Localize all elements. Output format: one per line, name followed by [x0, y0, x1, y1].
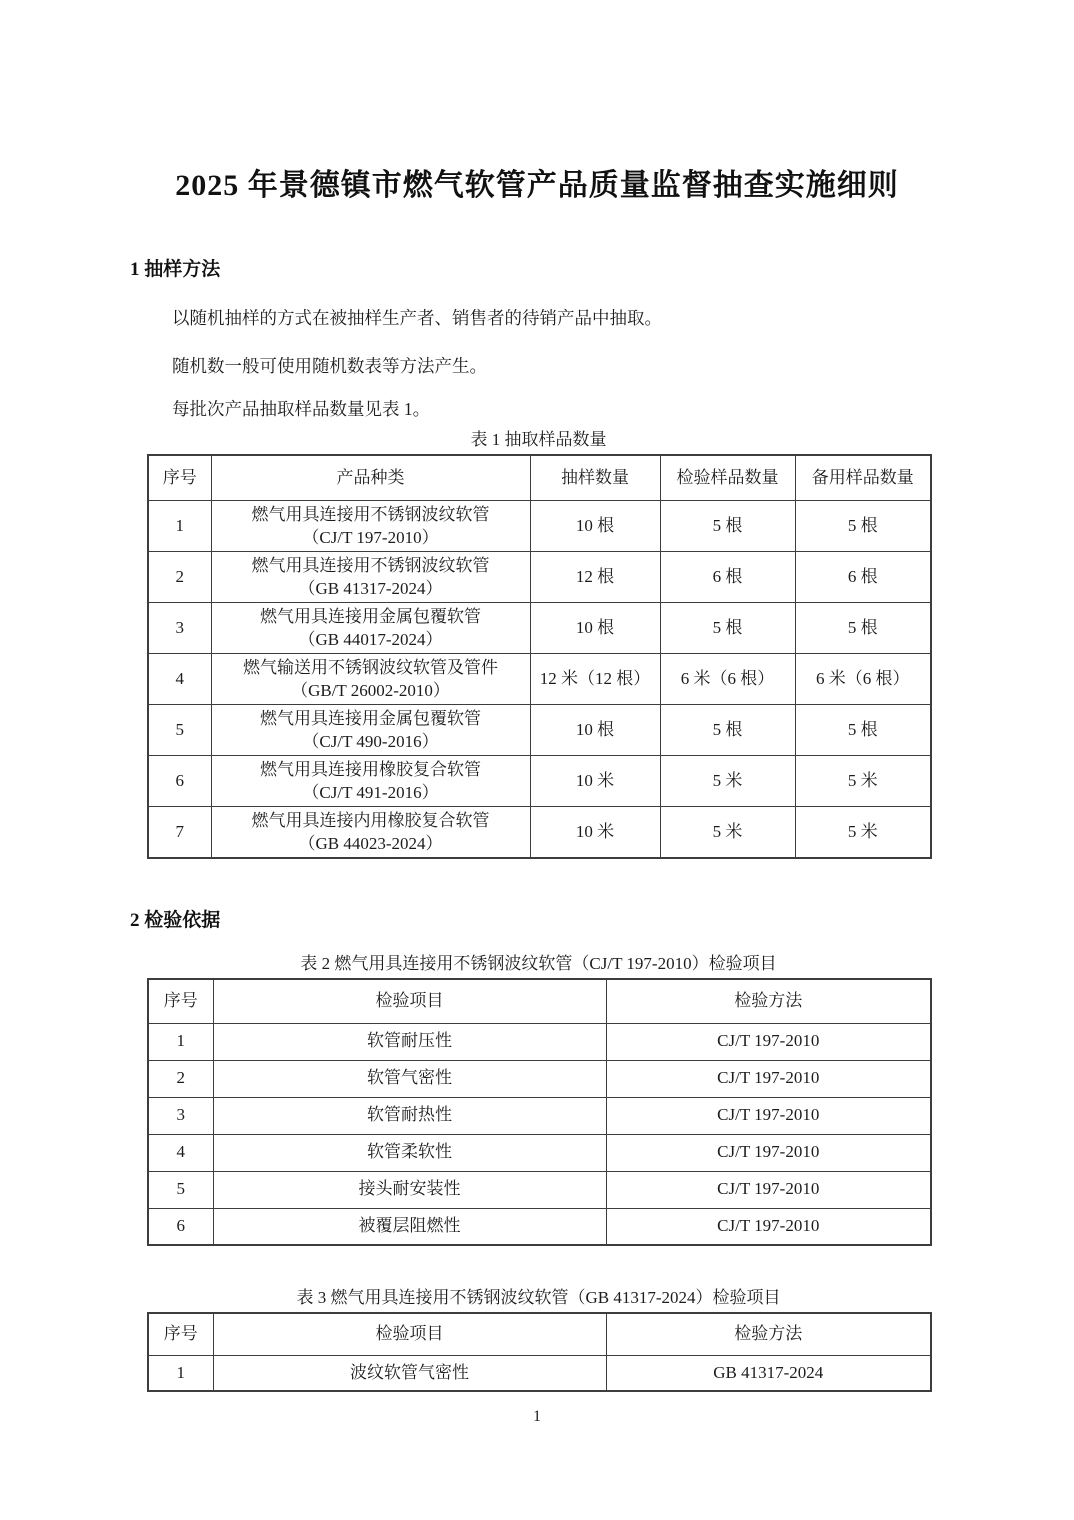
paragraph: 随机数一般可使用随机数表等方法产生。	[172, 355, 1074, 379]
inspection-method: CJ/T 197-2010	[606, 1023, 931, 1060]
product-cell: 燃气用具连接用不锈钢波纹软管 （GB 41317-2024）	[211, 552, 530, 603]
inspection-item: 软管柔软性	[213, 1134, 606, 1171]
product-standard: （GB 44017-2024）	[216, 628, 526, 651]
sample-qty: 10 根	[530, 501, 660, 552]
inspection-method: CJ/T 197-2010	[606, 1060, 931, 1097]
sample-qty: 10 根	[530, 603, 660, 654]
product-cell: 燃气输送用不锈钢波纹软管及管件 （GB/T 26002-2010）	[211, 654, 530, 705]
column-header: 序号	[148, 1313, 213, 1355]
table-inspection-items-cjt197: 序号 检验项目 检验方法 1 软管耐压性 CJ/T 197-2010 2 软管气…	[147, 978, 932, 1246]
page-title: 2025 年景德镇市燃气软管产品质量监督抽查实施细则	[0, 0, 1074, 204]
table2-caption: 表 2 燃气用具连接用不锈钢波纹软管（CJ/T 197-2010）检验项目	[147, 952, 930, 976]
test-qty: 5 根	[660, 603, 795, 654]
row-number: 4	[148, 654, 211, 705]
backup-qty: 5 根	[795, 705, 931, 756]
column-header: 抽样数量	[530, 455, 660, 501]
product-name: 燃气用具连接用橡胶复合软管	[216, 758, 526, 781]
product-cell: 燃气用具连接用不锈钢波纹软管 （CJ/T 197-2010）	[211, 501, 530, 552]
product-cell: 燃气用具连接用金属包覆软管 （GB 44017-2024）	[211, 603, 530, 654]
table-row: 5 燃气用具连接用金属包覆软管 （CJ/T 490-2016） 10 根 5 根…	[148, 705, 931, 756]
inspection-item: 接头耐安装性	[213, 1171, 606, 1208]
column-header: 序号	[148, 455, 211, 501]
test-qty: 6 根	[660, 552, 795, 603]
row-number: 3	[148, 603, 211, 654]
column-header: 备用样品数量	[795, 455, 931, 501]
sample-qty: 12 米（12 根）	[530, 654, 660, 705]
table-row: 3 燃气用具连接用金属包覆软管 （GB 44017-2024） 10 根 5 根…	[148, 603, 931, 654]
document-page: 2025 年景德镇市燃气软管产品质量监督抽查实施细则 1 抽样方法 以随机抽样的…	[0, 0, 1074, 1520]
product-cell: 燃气用具连接用金属包覆软管 （CJ/T 490-2016）	[211, 705, 530, 756]
product-standard: （GB 44023-2024）	[216, 832, 526, 855]
backup-qty: 5 根	[795, 501, 931, 552]
product-standard: （CJ/T 490-2016）	[216, 730, 526, 753]
test-qty: 5 米	[660, 807, 795, 859]
backup-qty: 5 米	[795, 807, 931, 859]
product-name: 燃气输送用不锈钢波纹软管及管件	[216, 656, 526, 679]
sample-qty: 10 根	[530, 705, 660, 756]
product-standard: （CJ/T 491-2016）	[216, 781, 526, 804]
table1-caption: 表 1 抽取样品数量	[147, 428, 930, 452]
table-row: 4 燃气输送用不锈钢波纹软管及管件 （GB/T 26002-2010） 12 米…	[148, 654, 931, 705]
table-header-row: 序号 检验项目 检验方法	[148, 1313, 931, 1355]
table-row: 5 接头耐安装性 CJ/T 197-2010	[148, 1171, 931, 1208]
backup-qty: 6 根	[795, 552, 931, 603]
inspection-item: 软管耐热性	[213, 1097, 606, 1134]
table-row: 1 波纹软管气密性 GB 41317-2024	[148, 1355, 931, 1391]
column-header: 检验项目	[213, 1313, 606, 1355]
product-name: 燃气用具连接用不锈钢波纹软管	[216, 503, 526, 526]
inspection-method: CJ/T 197-2010	[606, 1171, 931, 1208]
table-row: 4 软管柔软性 CJ/T 197-2010	[148, 1134, 931, 1171]
backup-qty: 5 根	[795, 603, 931, 654]
column-header: 检验样品数量	[660, 455, 795, 501]
row-number: 1	[148, 1023, 213, 1060]
product-name: 燃气用具连接用不锈钢波纹软管	[216, 554, 526, 577]
inspection-item: 波纹软管气密性	[213, 1355, 606, 1391]
table-row: 2 燃气用具连接用不锈钢波纹软管 （GB 41317-2024） 12 根 6 …	[148, 552, 931, 603]
backup-qty: 6 米（6 根）	[795, 654, 931, 705]
row-number: 6	[148, 1208, 213, 1245]
row-number: 2	[148, 552, 211, 603]
test-qty: 5 根	[660, 501, 795, 552]
column-header: 产品种类	[211, 455, 530, 501]
row-number: 4	[148, 1134, 213, 1171]
row-number: 5	[148, 705, 211, 756]
table-row: 6 燃气用具连接用橡胶复合软管 （CJ/T 491-2016） 10 米 5 米…	[148, 756, 931, 807]
table-row: 1 燃气用具连接用不锈钢波纹软管 （CJ/T 197-2010） 10 根 5 …	[148, 501, 931, 552]
backup-qty: 5 米	[795, 756, 931, 807]
table-row: 7 燃气用具连接内用橡胶复合软管 （GB 44023-2024） 10 米 5 …	[148, 807, 931, 859]
inspection-method: GB 41317-2024	[606, 1355, 931, 1391]
table3-caption: 表 3 燃气用具连接用不锈钢波纹软管（GB 41317-2024）检验项目	[147, 1286, 930, 1310]
row-number: 5	[148, 1171, 213, 1208]
row-number: 3	[148, 1097, 213, 1134]
column-header: 序号	[148, 979, 213, 1023]
table-header-row: 序号 产品种类 抽样数量 检验样品数量 备用样品数量	[148, 455, 931, 501]
inspection-item: 软管耐压性	[213, 1023, 606, 1060]
table-header-row: 序号 检验项目 检验方法	[148, 979, 931, 1023]
table-sample-quantities: 序号 产品种类 抽样数量 检验样品数量 备用样品数量 1 燃气用具连接用不锈钢波…	[147, 454, 932, 860]
table-row: 2 软管气密性 CJ/T 197-2010	[148, 1060, 931, 1097]
table-row: 6 被覆层阻燃性 CJ/T 197-2010	[148, 1208, 931, 1245]
table-row: 1 软管耐压性 CJ/T 197-2010	[148, 1023, 931, 1060]
inspection-method: CJ/T 197-2010	[606, 1208, 931, 1245]
product-standard: （CJ/T 197-2010）	[216, 526, 526, 549]
inspection-method: CJ/T 197-2010	[606, 1097, 931, 1134]
product-standard: （GB 41317-2024）	[216, 577, 526, 600]
test-qty: 5 米	[660, 756, 795, 807]
table-inspection-items-gb41317: 序号 检验项目 检验方法 1 波纹软管气密性 GB 41317-2024	[147, 1312, 932, 1392]
row-number: 1	[148, 1355, 213, 1391]
product-cell: 燃气用具连接内用橡胶复合软管 （GB 44023-2024）	[211, 807, 530, 859]
section-heading-inspection-basis: 2 检验依据	[130, 905, 1074, 932]
row-number: 2	[148, 1060, 213, 1097]
sample-qty: 10 米	[530, 756, 660, 807]
paragraph: 以随机抽样的方式在被抽样生产者、销售者的待销产品中抽取。	[172, 307, 1074, 331]
inspection-method: CJ/T 197-2010	[606, 1134, 931, 1171]
column-header: 检验项目	[213, 979, 606, 1023]
product-name: 燃气用具连接用金属包覆软管	[216, 707, 526, 730]
inspection-item: 被覆层阻燃性	[213, 1208, 606, 1245]
product-name: 燃气用具连接内用橡胶复合软管	[216, 809, 526, 832]
column-header: 检验方法	[606, 979, 931, 1023]
sample-qty: 10 米	[530, 807, 660, 859]
row-number: 1	[148, 501, 211, 552]
test-qty: 5 根	[660, 705, 795, 756]
page-number: 1	[0, 1408, 1074, 1426]
inspection-item: 软管气密性	[213, 1060, 606, 1097]
product-cell: 燃气用具连接用橡胶复合软管 （CJ/T 491-2016）	[211, 756, 530, 807]
paragraph: 每批次产品抽取样品数量见表 1。	[172, 398, 1074, 422]
table-row: 3 软管耐热性 CJ/T 197-2010	[148, 1097, 931, 1134]
sample-qty: 12 根	[530, 552, 660, 603]
row-number: 6	[148, 756, 211, 807]
section-heading-sampling-method: 1 抽样方法	[130, 254, 1074, 281]
product-standard: （GB/T 26002-2010）	[216, 679, 526, 702]
test-qty: 6 米（6 根）	[660, 654, 795, 705]
column-header: 检验方法	[606, 1313, 931, 1355]
row-number: 7	[148, 807, 211, 859]
product-name: 燃气用具连接用金属包覆软管	[216, 605, 526, 628]
